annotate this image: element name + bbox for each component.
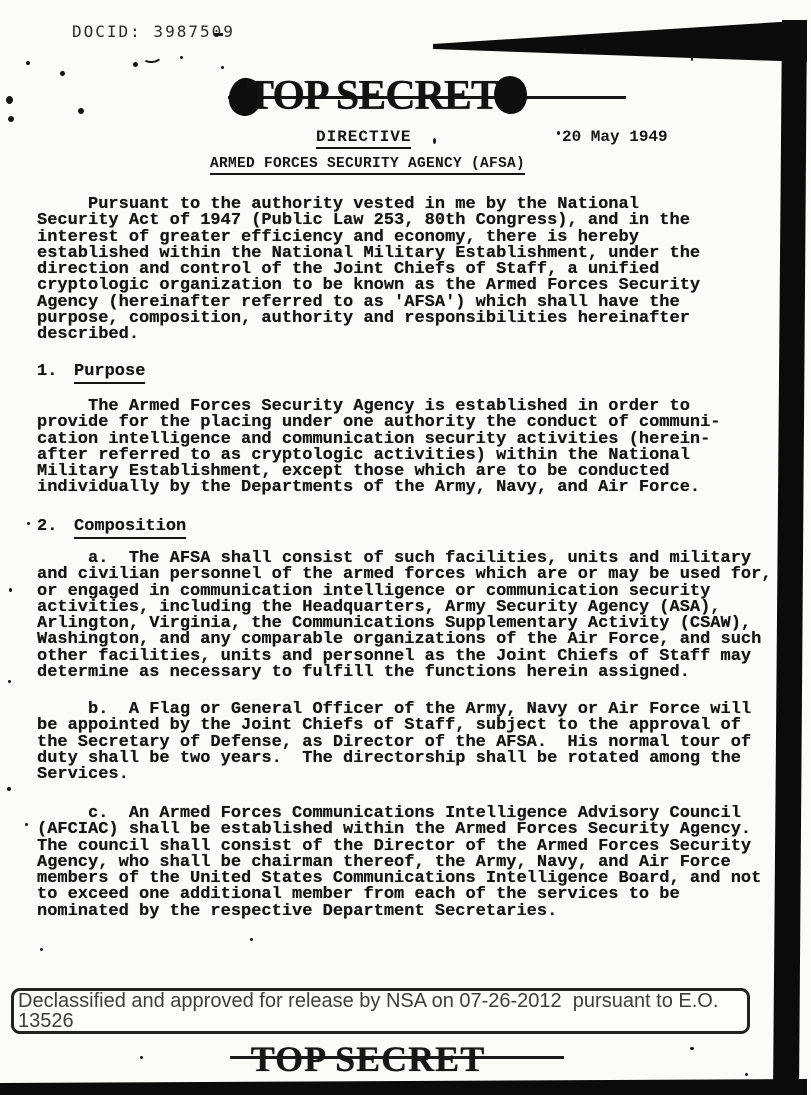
- pen-squiggle: [141, 49, 162, 64]
- ink-speckle: [557, 131, 560, 135]
- doc-title-text: ARMED FORCES SECURITY AGENCY (AFSA): [210, 156, 525, 175]
- scanned-document-page: DOCID: 3987509 TOP SECRET DIRECTIVE 20 M…: [0, 0, 811, 1095]
- ink-speckle: [40, 948, 43, 951]
- ink-speckle: [6, 96, 13, 104]
- ink-speckle: [691, 56, 693, 61]
- section-number: 2.: [37, 517, 59, 536]
- ink-speckle: [250, 938, 253, 941]
- composition-paragraph-a: a. The AFSA shall consist of such facili…: [37, 551, 772, 681]
- section-title: Composition: [74, 517, 186, 539]
- intro-paragraph: Pursuant to the authority vested in me b…: [37, 197, 700, 344]
- section-heading-purpose: 1.Purpose: [37, 362, 145, 384]
- doc-type-label: DIRECTIVE: [316, 128, 411, 149]
- ink-speckle: [140, 1056, 143, 1059]
- scan-edge-bottom: [0, 1079, 807, 1095]
- classification-banner-bottom: TOP SECRET: [237, 1038, 499, 1080]
- doc-title: ARMED FORCES SECURITY AGENCY (AFSA): [210, 156, 525, 175]
- ink-speckle: [8, 116, 14, 122]
- doc-type-text: DIRECTIVE: [316, 128, 411, 149]
- ink-speckle: [133, 62, 138, 67]
- composition-paragraph-b: b. A Flag or General Officer of the Army…: [37, 702, 751, 783]
- ink-speckle: [8, 680, 11, 683]
- ink-speckle: [180, 56, 183, 59]
- section-number: 1.: [37, 362, 59, 381]
- section-title: Purpose: [74, 362, 145, 384]
- ink-speckle: [745, 1073, 748, 1076]
- purpose-paragraph: The Armed Forces Security Agency is esta…: [37, 399, 721, 497]
- doc-date: 20 May 1949: [562, 128, 668, 146]
- ink-speckle: [26, 61, 30, 65]
- scan-edge-right: [770, 20, 811, 1095]
- ink-speckle: [7, 787, 11, 791]
- ink-speckle: [583, 48, 586, 52]
- ink-speckle: [690, 1047, 694, 1050]
- ink-speckle: [60, 71, 65, 76]
- ink-speckle: [221, 66, 224, 69]
- composition-paragraph-c: c. An Armed Forces Communications Intell…: [37, 806, 761, 920]
- docid-label: DOCID: 3987509: [72, 22, 235, 41]
- declassification-text: Declassified and approved for release by…: [18, 991, 718, 1031]
- ink-speckle: [9, 588, 12, 592]
- classification-banner-top: TOP SECRET: [246, 72, 498, 120]
- ink-speckle: [27, 522, 30, 525]
- scan-edge-top-right: [433, 20, 807, 62]
- declassification-stamp: Declassified and approved for release by…: [11, 988, 750, 1034]
- ink-speckle: [433, 138, 436, 144]
- section-heading-composition: 2.Composition: [37, 517, 186, 539]
- ink-speckle: [25, 823, 28, 826]
- ink-speckle: [78, 108, 84, 114]
